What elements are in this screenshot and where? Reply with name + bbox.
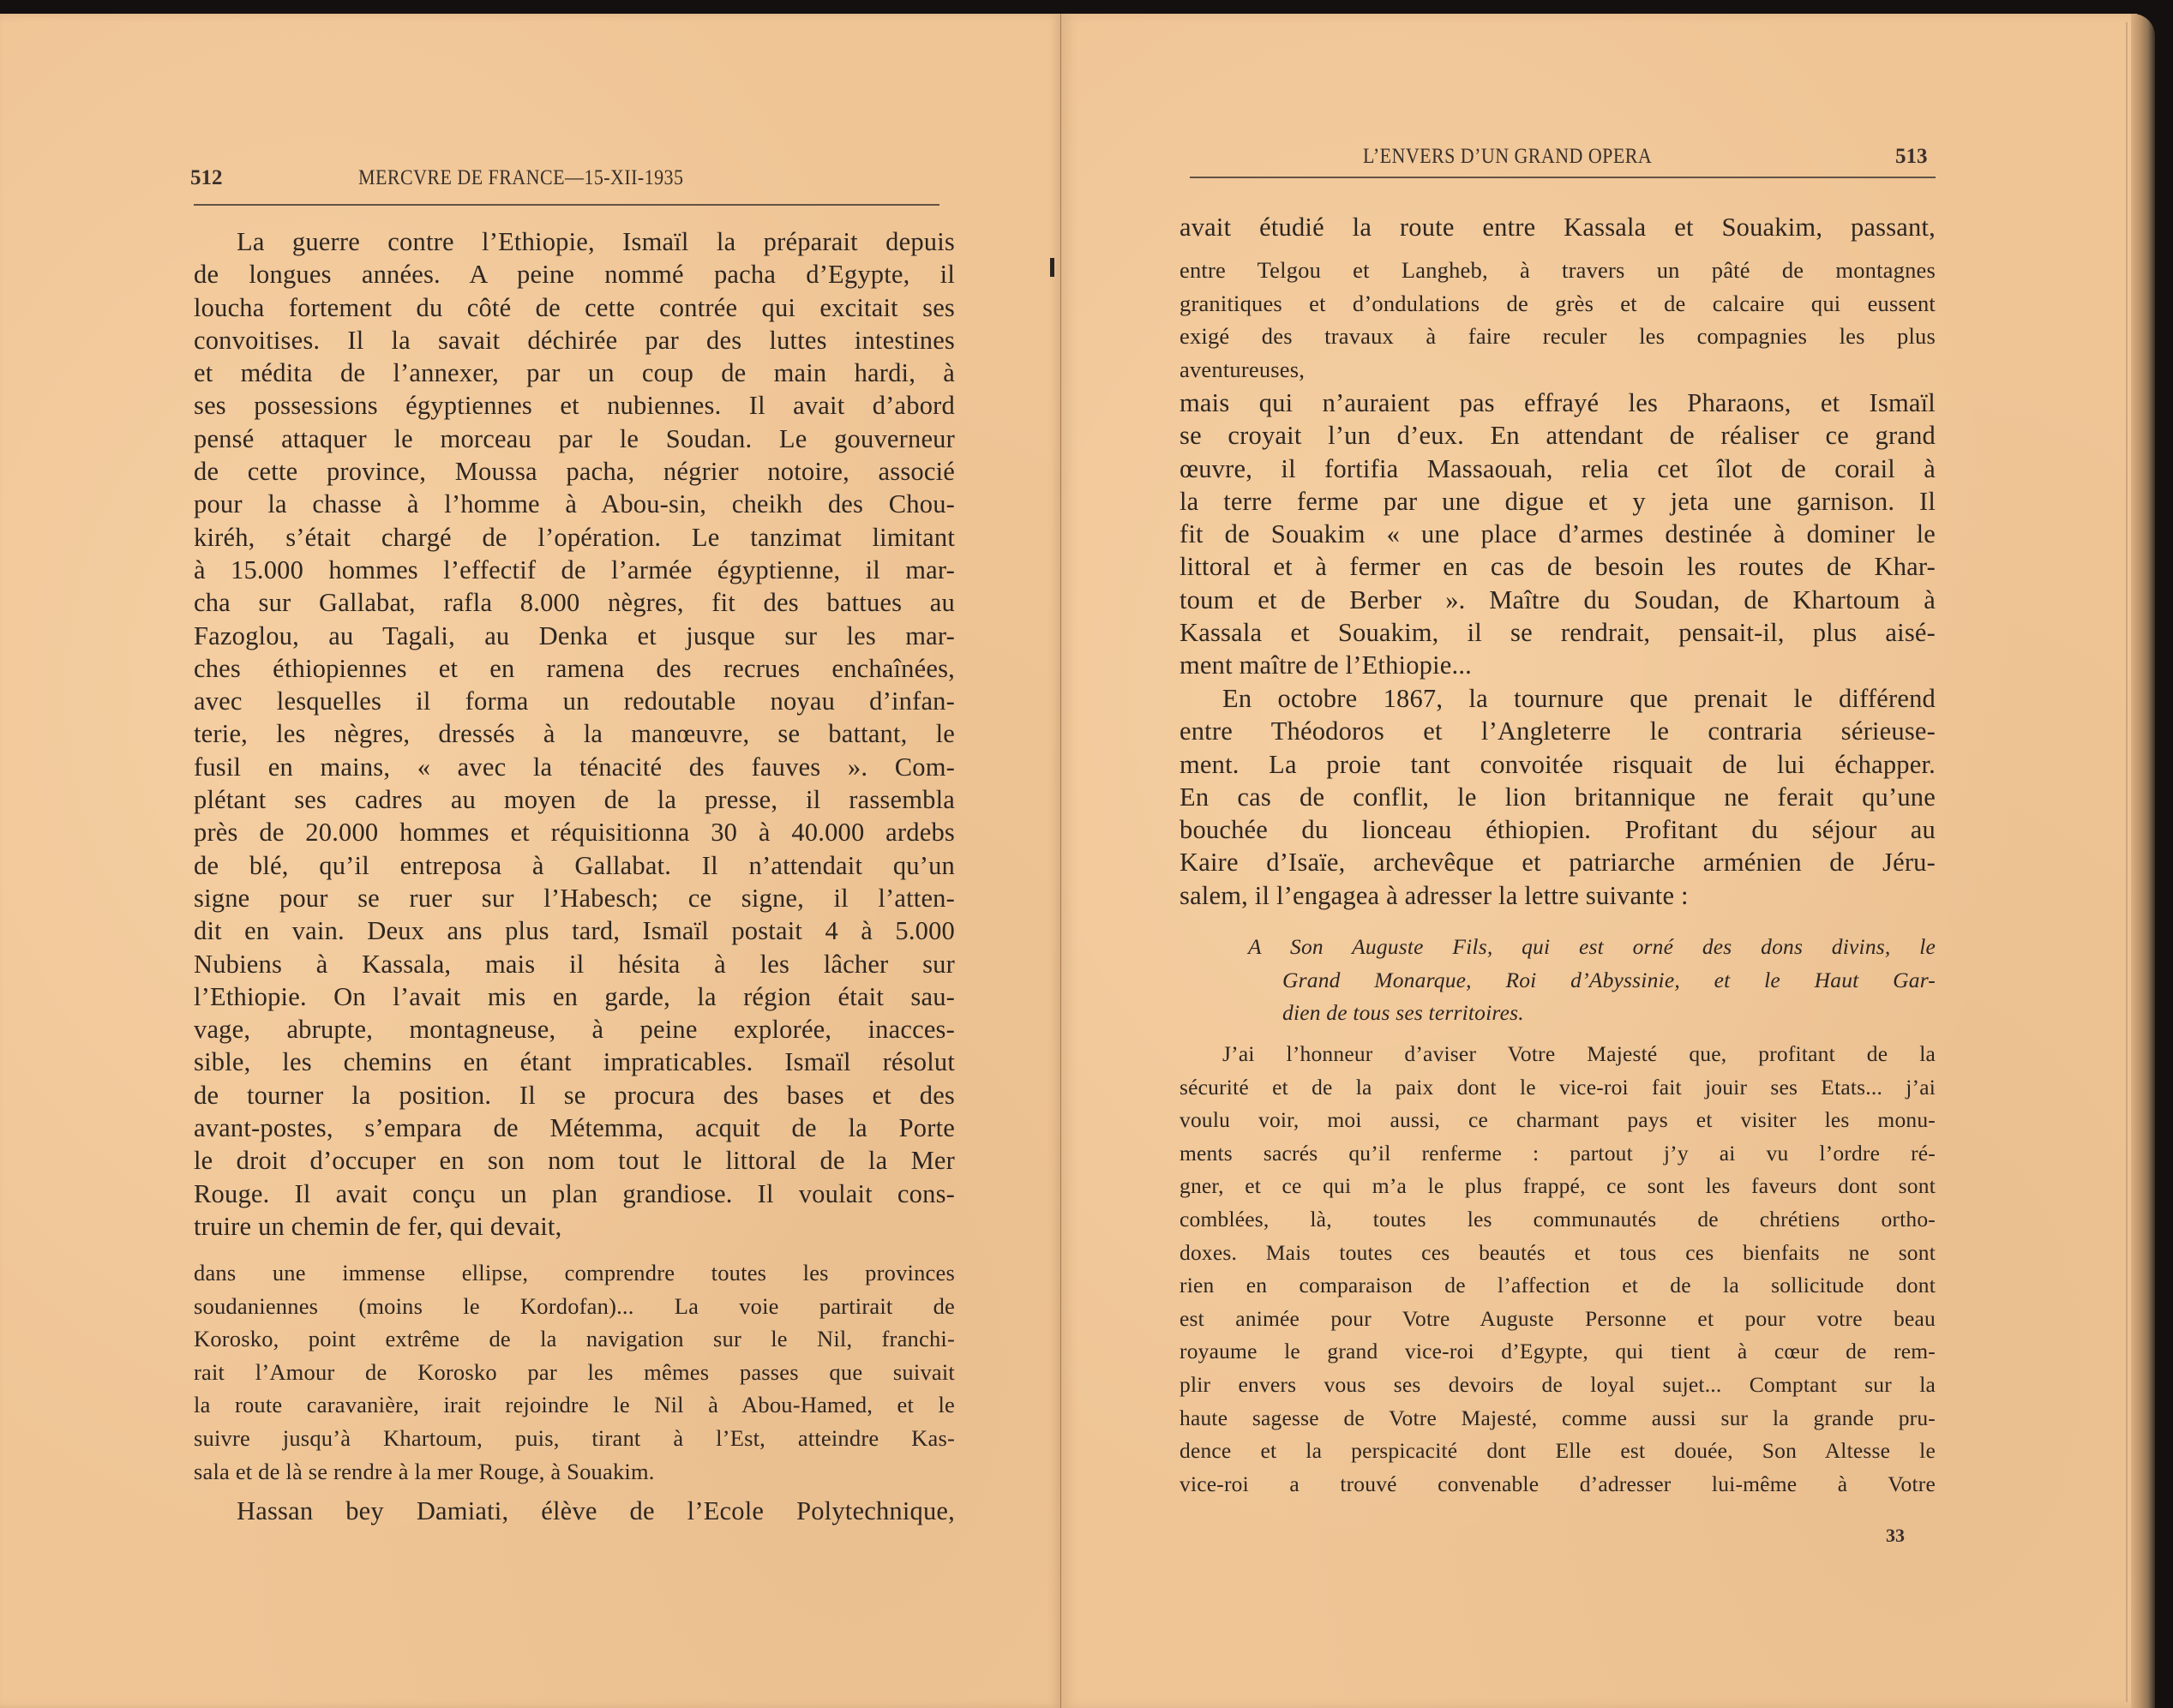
text-line: ses possessions égyptiennes et nubiennes… xyxy=(194,389,955,422)
right-opening-line: avait étudié la route entre Kassala et S… xyxy=(1180,211,1936,243)
right-main-text: mais qui n’auraient pas effrayé les Phar… xyxy=(1180,387,1936,682)
header-rule-right xyxy=(1190,177,1936,178)
text-line: vage, abrupte, montagneuse, à peine expl… xyxy=(194,1013,955,1046)
text-line: Kassala et Souakim, il se rendrait, pens… xyxy=(1180,616,1936,649)
binding-mark xyxy=(1050,258,1054,277)
text-line: Kaire d’Isaïe, archevêque et patriarche … xyxy=(1180,846,1936,878)
text-line: pour la chasse à l’homme à Abou-sin, che… xyxy=(194,488,955,520)
text-line: comblées, là, toutes les communautés de … xyxy=(1180,1203,1936,1237)
right-quoted-passage: entre Telgou et Langheb, à travers un pâ… xyxy=(1180,254,1936,386)
running-head-right: L’ENVERS D’UN GRAND OPERA xyxy=(1363,145,1652,169)
page-number-left: 512 xyxy=(190,166,223,190)
header-rule-left xyxy=(194,204,939,206)
text-line: rien en comparaison de l’affection et de… xyxy=(1180,1269,1936,1303)
text-line: signe pour se ruer sur l’Habesch; ce sig… xyxy=(194,882,955,914)
text-line: ment maître de l’Ethiopie... xyxy=(1180,649,1936,681)
text-line: entre Théodoros et l’Angleterre le contr… xyxy=(1180,715,1936,747)
right-page: L’ENVERS D’UN GRAND OPERA 513 avait étud… xyxy=(1061,14,2137,1708)
left-closing-paragraph: Hassan bey Damiati, élève de l’Ecole Pol… xyxy=(194,1495,955,1527)
text-line: avait étudié la route entre Kassala et S… xyxy=(1180,211,1936,243)
text-line: avant-postes, s’empara de Métemma, acqui… xyxy=(194,1112,955,1144)
signature-mark: 33 xyxy=(1886,1525,1905,1547)
text-line: kiréh, s’était chargé de l’opération. Le… xyxy=(194,521,955,554)
running-head-left: MERCVRE DE FRANCE—15-XII-1935 xyxy=(358,166,683,190)
text-line: et médita de l’annexer, par un coup de m… xyxy=(194,357,955,389)
text-line: de cette province, Moussa pacha, négrier… xyxy=(194,455,955,488)
text-line: convoitises. Il la savait déchirée par d… xyxy=(194,324,955,357)
text-line: plétant ses cadres au moyen de la presse… xyxy=(194,783,955,816)
text-line: fit de Souakim « une place d’armes desti… xyxy=(1180,518,1936,550)
text-line: suivre jusqu’à Khartoum, puis, tirant à … xyxy=(194,1422,955,1455)
text-line: cha sur Gallabat, rafla 8.000 nègres, fi… xyxy=(194,586,955,619)
text-line: dence et la perspicacité dont Elle est d… xyxy=(1180,1435,1936,1468)
text-line: rait l’Amour de Korosko par les mêmes pa… xyxy=(194,1356,955,1389)
text-line: salem, il l’engagea à adresser la lettre… xyxy=(1180,879,1936,912)
text-line: littoral et à fermer en cas de besoin le… xyxy=(1180,550,1936,583)
text-line: vice-roi a trouvé convenable d’adresser … xyxy=(1180,1468,1936,1501)
text-line: à 15.000 hommes l’effectif de l’armée ég… xyxy=(194,554,955,586)
text-line: Nubiens à Kassala, mais il hésita à les … xyxy=(194,948,955,980)
text-line: près de 20.000 hommes et réquisitionna 3… xyxy=(194,816,955,848)
text-line: entre Telgou et Langheb, à travers un pâ… xyxy=(1180,254,1936,287)
text-line: de longues années. A peine nommé pacha d… xyxy=(194,258,955,291)
text-line: sécurité et de la paix dont le vice-roi … xyxy=(1180,1071,1936,1105)
text-line: Grand Monarque, Roi d’Abyssinie, et le H… xyxy=(1180,964,1936,998)
text-line: la terre ferme par une digue et y jeta u… xyxy=(1180,485,1936,518)
text-line: A Son Auguste Fils, qui est orné des don… xyxy=(1180,931,1936,964)
left-quoted-passage: dans une immense ellipse, comprendre tou… xyxy=(194,1256,955,1488)
left-main-text: La guerre contre l’Ethiopie, Ismaïl la p… xyxy=(194,225,955,1243)
text-line: se croyait l’un d’eux. En attendant de r… xyxy=(1180,419,1936,452)
text-line: Rouge. Il avait conçu un plan grandiose.… xyxy=(194,1178,955,1210)
page-stack-edge xyxy=(2131,14,2155,1708)
text-line: ments sacrés qu’il renferme : partout j’… xyxy=(1180,1137,1936,1171)
text-line: Fazoglou, au Tagali, au Denka et jusque … xyxy=(194,620,955,652)
book-spread: 512 MERCVRE DE FRANCE—15-XII-1935 La gue… xyxy=(0,14,2173,1708)
text-line: bouchée du lionceau éthiopien. Profitant… xyxy=(1180,813,1936,846)
text-line: truire un chemin de fer, qui devait, xyxy=(194,1210,955,1243)
text-line: mais qui n’auraient pas effrayé les Phar… xyxy=(1180,387,1936,419)
text-line: En octobre 1867, la tournure que prenait… xyxy=(1180,682,1936,715)
text-line: soudaniennes (moins le Kordofan)... La v… xyxy=(194,1290,955,1323)
text-line: sala et de là se rendre à la mer Rouge, … xyxy=(194,1455,955,1489)
text-line: la route caravanière, irait rejoindre le… xyxy=(194,1388,955,1422)
page-edge-line xyxy=(2126,22,2128,1702)
text-line: En cas de conflit, le lion britannique n… xyxy=(1180,781,1936,813)
text-line: sible, les chemins en étant impraticable… xyxy=(194,1046,955,1078)
letter-address: A Son Auguste Fils, qui est orné des don… xyxy=(1180,931,1936,1030)
text-line: exigé des travaux à faire reculer les co… xyxy=(1180,320,1936,353)
page-number-right: 513 xyxy=(1895,145,1928,169)
text-line: Hassan bey Damiati, élève de l’Ecole Pol… xyxy=(194,1495,955,1527)
left-page: 512 MERCVRE DE FRANCE—15-XII-1935 La gue… xyxy=(0,14,1061,1708)
letter-body: J’ai l’honneur d’aviser Votre Majesté qu… xyxy=(1180,1038,1936,1501)
text-line: voulu voir, moi aussi, ce charmant pays … xyxy=(1180,1104,1936,1137)
text-line: granitiques et d’ondulations de grès et … xyxy=(1180,287,1936,321)
text-line: loucha fortement du côté de cette contré… xyxy=(194,291,955,324)
text-line: toum et de Berber ». Maître du Soudan, d… xyxy=(1180,584,1936,616)
text-line: fusil en mains, « avec la ténacité des f… xyxy=(194,751,955,783)
text-line: avec lesquelles il forma un redoutable n… xyxy=(194,685,955,717)
text-line: terie, les nègres, dressés à la manœuvre… xyxy=(194,717,955,750)
text-line: dien de tous ses territoires. xyxy=(1180,997,1936,1030)
text-line: dans une immense ellipse, comprendre tou… xyxy=(194,1256,955,1290)
text-line: royaume le grand vice-roi d’Egypte, qui … xyxy=(1180,1335,1936,1369)
text-line: aventureuses, xyxy=(1180,353,1936,387)
text-line: Korosko, point extrême de la navigation … xyxy=(194,1322,955,1356)
text-line: œuvre, il fortifia Massaouah, relia cet … xyxy=(1180,452,1936,485)
text-line: gner, et ce qui m’a le plus frappé, ce s… xyxy=(1180,1170,1936,1203)
text-line: pensé attaquer le morceau par le Soudan.… xyxy=(194,423,955,455)
text-line: La guerre contre l’Ethiopie, Ismaïl la p… xyxy=(194,225,955,258)
text-line: ches éthiopiennes et en ramena des recru… xyxy=(194,652,955,685)
text-line: de tourner la position. Il se procura de… xyxy=(194,1079,955,1112)
text-line: ment. La proie tant convoitée risquait d… xyxy=(1180,748,1936,781)
text-line: le droit d’occuper en son nom tout le li… xyxy=(194,1144,955,1177)
text-line: est animée pour Votre Auguste Personne e… xyxy=(1180,1303,1936,1336)
text-line: haute sagesse de Votre Majesté, comme au… xyxy=(1180,1402,1936,1435)
text-line: J’ai l’honneur d’aviser Votre Majesté qu… xyxy=(1180,1038,1936,1071)
text-line: de blé, qu’il entreposa à Gallabat. Il n… xyxy=(194,849,955,882)
text-line: l’Ethiopie. On l’avait mis en garde, la … xyxy=(194,980,955,1013)
text-line: doxes. Mais toutes ces beautés et tous c… xyxy=(1180,1237,1936,1270)
right-paragraph-two: En octobre 1867, la tournure que prenait… xyxy=(1180,682,1936,912)
text-line: dit en vain. Deux ans plus tard, Ismaïl … xyxy=(194,914,955,947)
text-line: plir envers vous ses devoirs de loyal su… xyxy=(1180,1369,1936,1402)
